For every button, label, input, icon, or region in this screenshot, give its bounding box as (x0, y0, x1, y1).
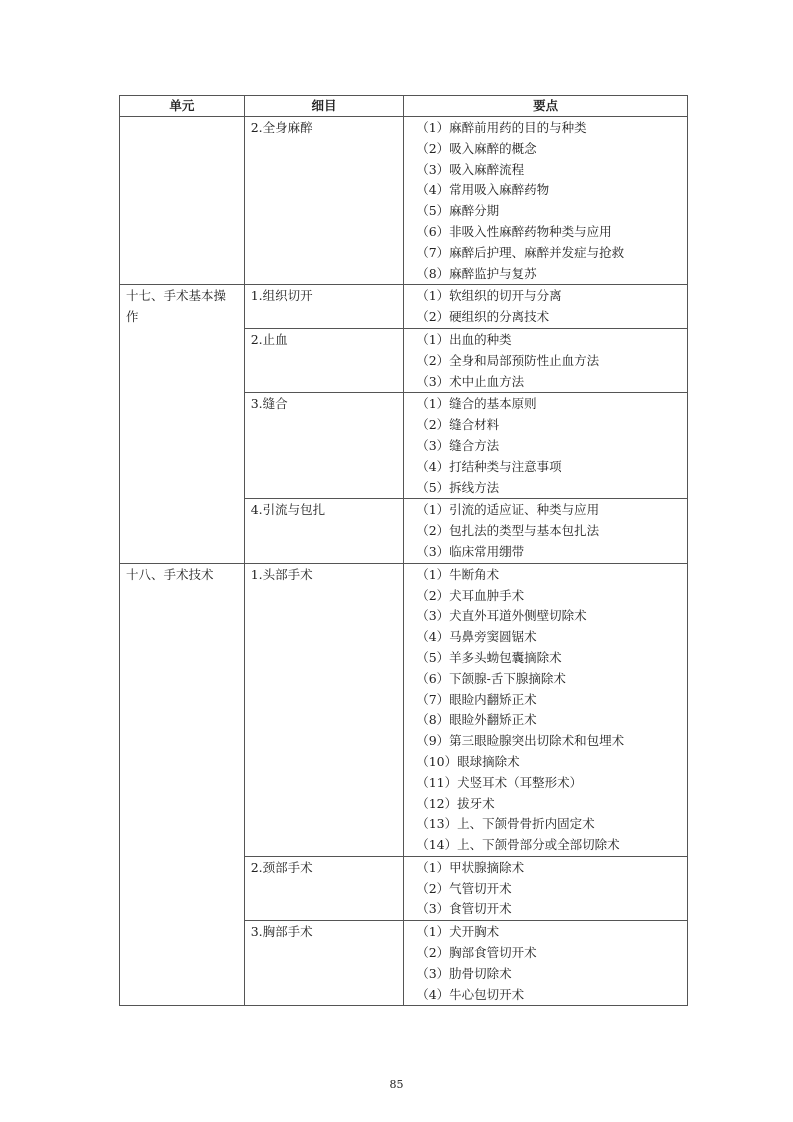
keypoint-item: （12）拔牙术 (416, 794, 681, 815)
table-row: 十七、手术基本操作1.组织切开（1）软组织的切开与分离（2）硬组织的分离技术 (120, 285, 688, 329)
table-row: 十八、手术技术1.头部手术（1）牛断角术（2）犬耳血肿手术（3）犬直外耳道外侧壁… (120, 563, 688, 856)
keypoint-item: （1）甲状腺摘除术 (416, 858, 681, 879)
keypoint-item: （3）食管切开术 (416, 899, 681, 920)
keypoint-item: （1）引流的适应证、种类与应用 (416, 500, 681, 521)
keypoint-item: （6）非吸入性麻醉药物种类与应用 (416, 222, 681, 243)
subitem-cell: 3.缝合 (244, 393, 404, 499)
keypoint-item: （11）犬竖耳术（耳整形术） (416, 773, 681, 794)
subitem-cell: 1.组织切开 (244, 285, 404, 329)
keypoints-cell: （1）麻醉前用药的目的与种类（2）吸入麻醉的概念（3）吸入麻醉流程（4）常用吸入… (404, 117, 688, 285)
keypoint-item: （2）犬耳血肿手术 (416, 586, 681, 607)
header-keypoints: 要点 (404, 96, 688, 117)
keypoint-item: （1）麻醉前用药的目的与种类 (416, 118, 681, 139)
table-header-row: 单元 细目 要点 (120, 96, 688, 117)
keypoint-item: （13）上、下颌骨骨折内固定术 (416, 814, 681, 835)
keypoint-item: （7）眼睑内翻矫正术 (416, 690, 681, 711)
keypoint-item: （3）吸入麻醉流程 (416, 160, 681, 181)
table-body: 2.全身麻醉（1）麻醉前用药的目的与种类（2）吸入麻醉的概念（3）吸入麻醉流程（… (120, 117, 688, 1006)
keypoint-item: （1）软组织的切开与分离 (416, 286, 681, 307)
keypoint-item: （5）羊多头蚴包囊摘除术 (416, 648, 681, 669)
keypoint-item: （2）胸部食管切开术 (416, 943, 681, 964)
keypoints-cell: （1）缝合的基本原则（2）缝合材料（3）缝合方法（4）打结种类与注意事项（5）拆… (404, 393, 688, 499)
keypoints-cell: （1）牛断角术（2）犬耳血肿手术（3）犬直外耳道外侧壁切除术（4）马鼻旁窦圆锯术… (404, 563, 688, 856)
keypoints-cell: （1）甲状腺摘除术（2）气管切开术（3）食管切开术 (404, 856, 688, 920)
keypoint-item: （3）缝合方法 (416, 436, 681, 457)
keypoint-item: （3）犬直外耳道外侧壁切除术 (416, 606, 681, 627)
keypoint-item: （9）第三眼睑腺突出切除术和包埋术 (416, 731, 681, 752)
keypoint-item: （5）麻醉分期 (416, 201, 681, 222)
keypoint-item: （14）上、下颌骨部分或全部切除术 (416, 835, 681, 856)
keypoint-item: （5）拆线方法 (416, 478, 681, 499)
keypoint-item: （1）犬开胸术 (416, 922, 681, 943)
subitem-cell: 1.头部手术 (244, 563, 404, 856)
keypoints-cell: （1）引流的适应证、种类与应用（2）包扎法的类型与基本包扎法（3）临床常用绷带 (404, 499, 688, 563)
subitem-cell: 2.全身麻醉 (244, 117, 404, 285)
keypoints-cell: （1）出血的种类（2）全身和局部预防性止血方法（3）术中止血方法 (404, 328, 688, 392)
subitem-cell: 2.止血 (244, 328, 404, 392)
keypoint-item: （2）硬组织的分离技术 (416, 307, 681, 328)
keypoint-item: （2）气管切开术 (416, 879, 681, 900)
keypoint-item: （1）出血的种类 (416, 330, 681, 351)
unit-cell: 十八、手术技术 (120, 563, 245, 1006)
keypoint-item: （8）眼睑外翻矫正术 (416, 710, 681, 731)
keypoint-item: （6）下颌腺-舌下腺摘除术 (416, 669, 681, 690)
keypoints-cell: （1）软组织的切开与分离（2）硬组织的分离技术 (404, 285, 688, 329)
keypoint-item: （3）肋骨切除术 (416, 964, 681, 985)
keypoint-item: （4）马鼻旁窦圆锯术 (416, 627, 681, 648)
keypoint-item: （1）牛断角术 (416, 565, 681, 586)
subitem-cell: 3.胸部手术 (244, 921, 404, 1006)
table-row: 2.全身麻醉（1）麻醉前用药的目的与种类（2）吸入麻醉的概念（3）吸入麻醉流程（… (120, 117, 688, 285)
keypoint-item: （1）缝合的基本原则 (416, 394, 681, 415)
header-subitem: 细目 (244, 96, 404, 117)
subitem-cell: 4.引流与包扎 (244, 499, 404, 563)
unit-cell: 十七、手术基本操作 (120, 285, 245, 563)
keypoint-item: （2）包扎法的类型与基本包扎法 (416, 521, 681, 542)
keypoint-item: （4）常用吸入麻醉药物 (416, 180, 681, 201)
keypoint-item: （2）全身和局部预防性止血方法 (416, 351, 681, 372)
keypoint-item: （2）吸入麻醉的概念 (416, 139, 681, 160)
syllabus-table: 单元 细目 要点 2.全身麻醉（1）麻醉前用药的目的与种类（2）吸入麻醉的概念（… (119, 95, 688, 1006)
keypoints-cell: （1）犬开胸术（2）胸部食管切开术（3）肋骨切除术（4）牛心包切开术 (404, 921, 688, 1006)
keypoint-item: （8）麻醉监护与复苏 (416, 264, 681, 285)
header-unit: 单元 (120, 96, 245, 117)
keypoint-item: （4）打结种类与注意事项 (416, 457, 681, 478)
unit-cell (120, 117, 245, 285)
keypoint-item: （4）牛心包切开术 (416, 985, 681, 1006)
keypoint-item: （2）缝合材料 (416, 415, 681, 436)
keypoint-item: （10）眼球摘除术 (416, 752, 681, 773)
keypoint-item: （7）麻醉后护理、麻醉并发症与抢救 (416, 243, 681, 264)
keypoint-item: （3）术中止血方法 (416, 372, 681, 393)
page-number: 85 (0, 1078, 793, 1091)
keypoint-item: （3）临床常用绷带 (416, 542, 681, 563)
subitem-cell: 2.颈部手术 (244, 856, 404, 920)
